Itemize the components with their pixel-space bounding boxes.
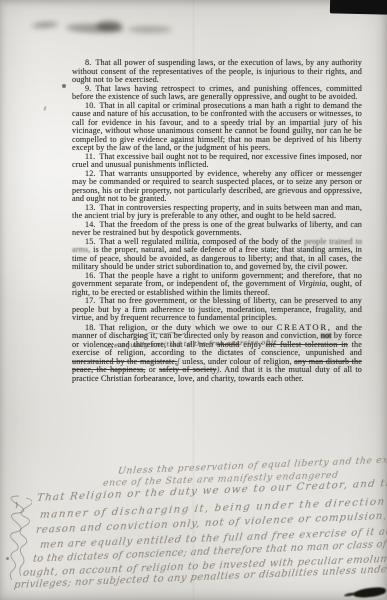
article-15: 15.That a well regulated militia, compos… bbox=[72, 238, 362, 272]
interline-scribble bbox=[128, 331, 192, 339]
scan-corner-artifact bbox=[330, 0, 387, 15]
article-text: That all power of suspending laws, or th… bbox=[72, 58, 362, 84]
printed-text-block: 8.That all power of suspending laws, or … bbox=[72, 59, 362, 383]
ink-speck bbox=[62, 84, 66, 88]
article-text: That no free government, or the blessing… bbox=[72, 296, 362, 322]
article-14: 14.That the freedom of the press is one … bbox=[72, 221, 362, 238]
article-9: 9.That laws having retrospect to crimes,… bbox=[72, 85, 362, 102]
spaced-caps-creator: CREATOR, bbox=[277, 322, 332, 332]
article-text: That in controversies respecting propert… bbox=[72, 203, 362, 221]
article-16: 16.That the people have a right to unifo… bbox=[72, 272, 362, 298]
ink-bleedthrough-smudge bbox=[32, 13, 182, 39]
article-text: That laws having retrospect to crimes, a… bbox=[72, 84, 362, 102]
article-text: That excessive bail ought not to be requ… bbox=[72, 152, 362, 170]
article-18-annotated: 18.That religion, or the duty which we o… bbox=[72, 323, 362, 384]
article-text: That the freedom of the press is one of … bbox=[72, 220, 362, 238]
article-8: 8.That all power of suspending laws, or … bbox=[72, 59, 362, 85]
article-12: 12.That warrants unsupported by evidence… bbox=[72, 170, 362, 204]
article-10: 10.That in all capital or criminal prose… bbox=[72, 102, 362, 153]
ink-speck bbox=[43, 106, 47, 111]
article-17: 17.That no free government, or the bless… bbox=[72, 297, 362, 323]
article-text: That in all capital or criminal prosecut… bbox=[72, 101, 362, 153]
italic-word-virginia: Virginia, bbox=[299, 279, 328, 288]
article-13: 13.That in controversies respecting prop… bbox=[72, 204, 362, 221]
article-text: is the proper, natural, and safe defence… bbox=[72, 245, 362, 271]
margin-note-scribble bbox=[2, 448, 32, 586]
article-11: 11.That excessive bail ought not to be r… bbox=[72, 153, 362, 170]
scanned-document-page: 8.That all power of suspending laws, or … bbox=[0, 0, 387, 600]
scan-blot-artifact bbox=[353, 586, 387, 598]
article-text: That warrants unsupported by evidence, w… bbox=[72, 169, 362, 204]
